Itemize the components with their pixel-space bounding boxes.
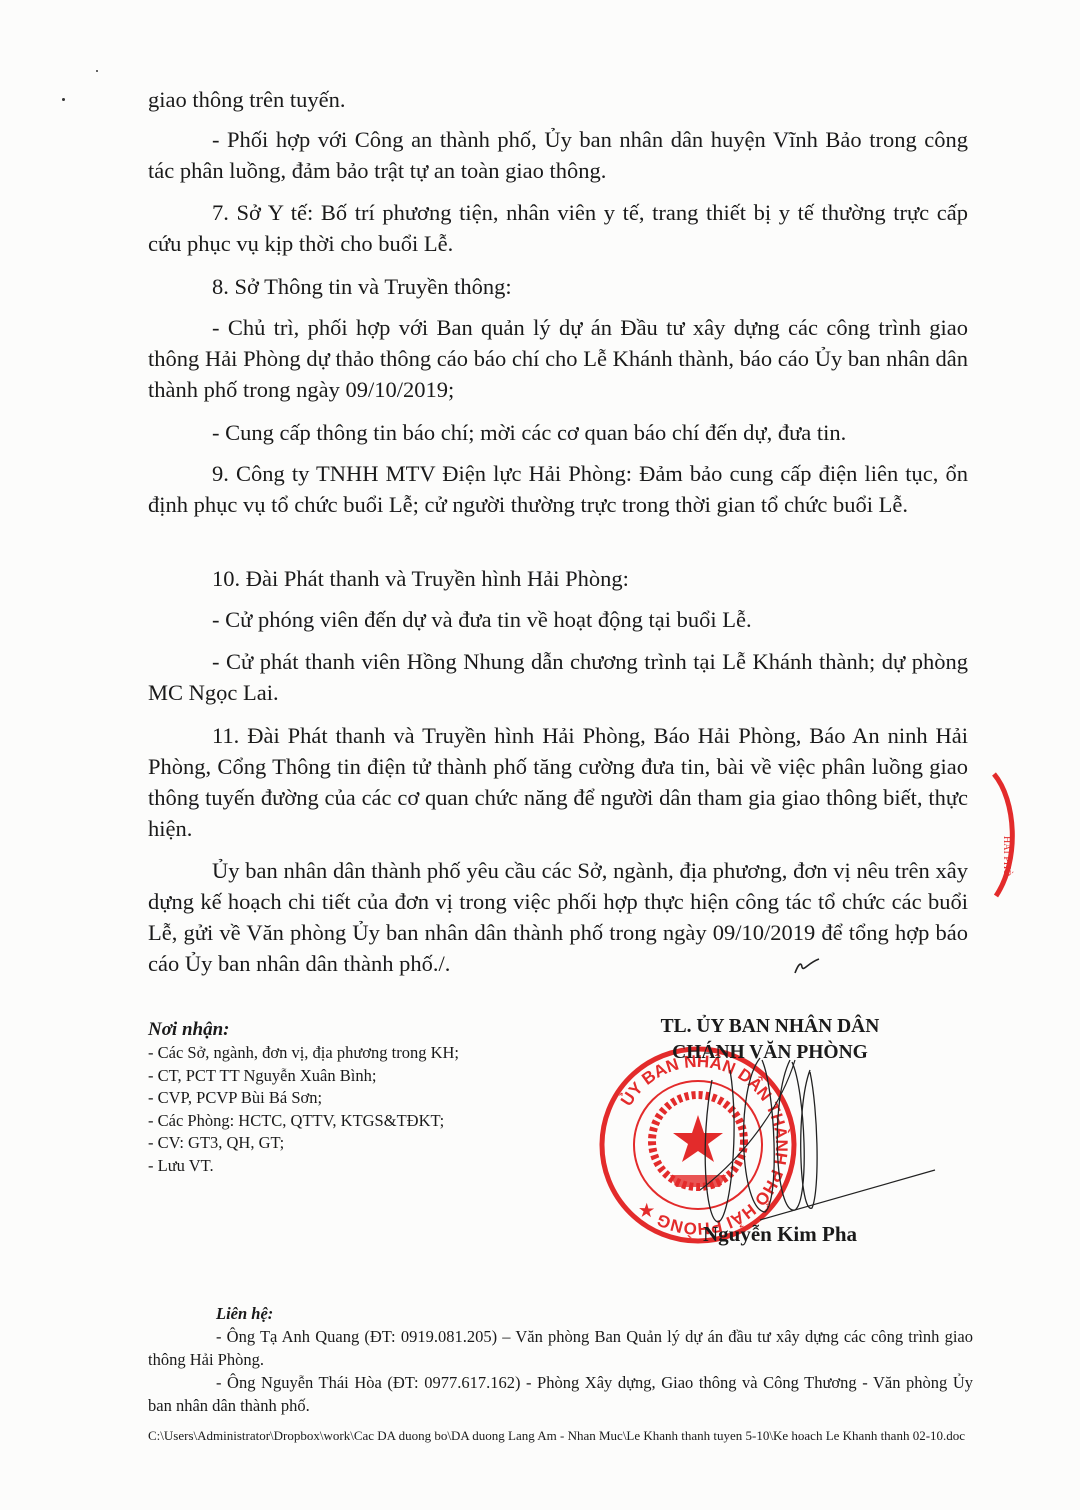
document-page: giao thông trên tuyến. - Phối hợp với Cô… — [0, 0, 1080, 1510]
paragraph: - Cử phát thanh viên Hồng Nhung dẫn chươ… — [148, 646, 968, 708]
recipients-title: Nơi nhận: — [148, 1018, 568, 1042]
recipient-item: - Các Sở, ngành, đơn vị, địa phương tron… — [148, 1042, 568, 1065]
paragraph: 9. Công ty TNHH MTV Điện lực Hải Phòng: … — [148, 458, 968, 520]
recipient-item: - CT, PCT TT Nguyễn Xuân Bình; — [148, 1065, 568, 1088]
recipient-item: - Các Phòng: HCTC, QTTV, KTGS&TĐKT; — [148, 1110, 568, 1133]
recipient-item: - CV: GT3, QH, GT; — [148, 1132, 568, 1155]
paragraph: 10. Đài Phát thanh và Truyền hình Hải Ph… — [148, 563, 968, 594]
paragraph: - Chủ trì, phối hợp với Ban quản lý dự á… — [148, 312, 968, 405]
contact-item: - Ông Nguyễn Thái Hòa (ĐT: 0977.617.162)… — [148, 1371, 973, 1417]
paragraph: - Cung cấp thông tin báo chí; mời các cơ… — [148, 417, 968, 448]
file-path-footer: C:\Users\Administrator\Dropbox\work\Cac … — [148, 1426, 973, 1445]
svg-text:HẢI PHÒ: HẢI PHÒ — [1001, 836, 1013, 876]
recipients-block: Nơi nhận: - Các Sở, ngành, đơn vị, địa p… — [148, 1018, 568, 1177]
paragraph: - Cử phóng viên đến dự và đưa tin về hoạ… — [148, 604, 968, 635]
paragraph: 7. Sở Y tế: Bố trí phương tiện, nhân viê… — [148, 197, 968, 259]
contact-block: Liên hệ: - Ông Tạ Anh Quang (ĐT: 0919.08… — [148, 1302, 973, 1417]
paragraph: - Phối hợp với Công an thành phố, Ủy ban… — [148, 124, 968, 186]
paragraph: 11. Đài Phát thanh và Truyền hình Hải Ph… — [148, 720, 968, 844]
scan-speck — [62, 98, 65, 101]
signer-name: Nguyễn Kim Pha — [640, 1222, 920, 1247]
contact-item: - Ông Tạ Anh Quang (ĐT: 0919.081.205) – … — [148, 1325, 973, 1371]
paragraph: 8. Sở Thông tin và Truyền thông: — [148, 271, 968, 302]
paragraph: giao thông trên tuyến. — [148, 84, 968, 115]
recipient-item: - CVP, PCVP Bùi Bá Sơn; — [148, 1087, 568, 1110]
paragraph: Ủy ban nhân dân thành phố yêu cầu các Sở… — [148, 855, 968, 979]
side-stamp-icon: HẢI PHÒ — [990, 770, 1030, 900]
handwritten-signature-icon — [700, 1050, 940, 1230]
recipient-item: - Lưu VT. — [148, 1155, 568, 1178]
scan-speck — [96, 70, 98, 72]
initial-mark-icon — [792, 955, 822, 977]
signature-title-line1: TL. ỦY BAN NHÂN DÂN — [620, 1014, 920, 1040]
contact-title: Liên hệ: — [216, 1302, 973, 1325]
